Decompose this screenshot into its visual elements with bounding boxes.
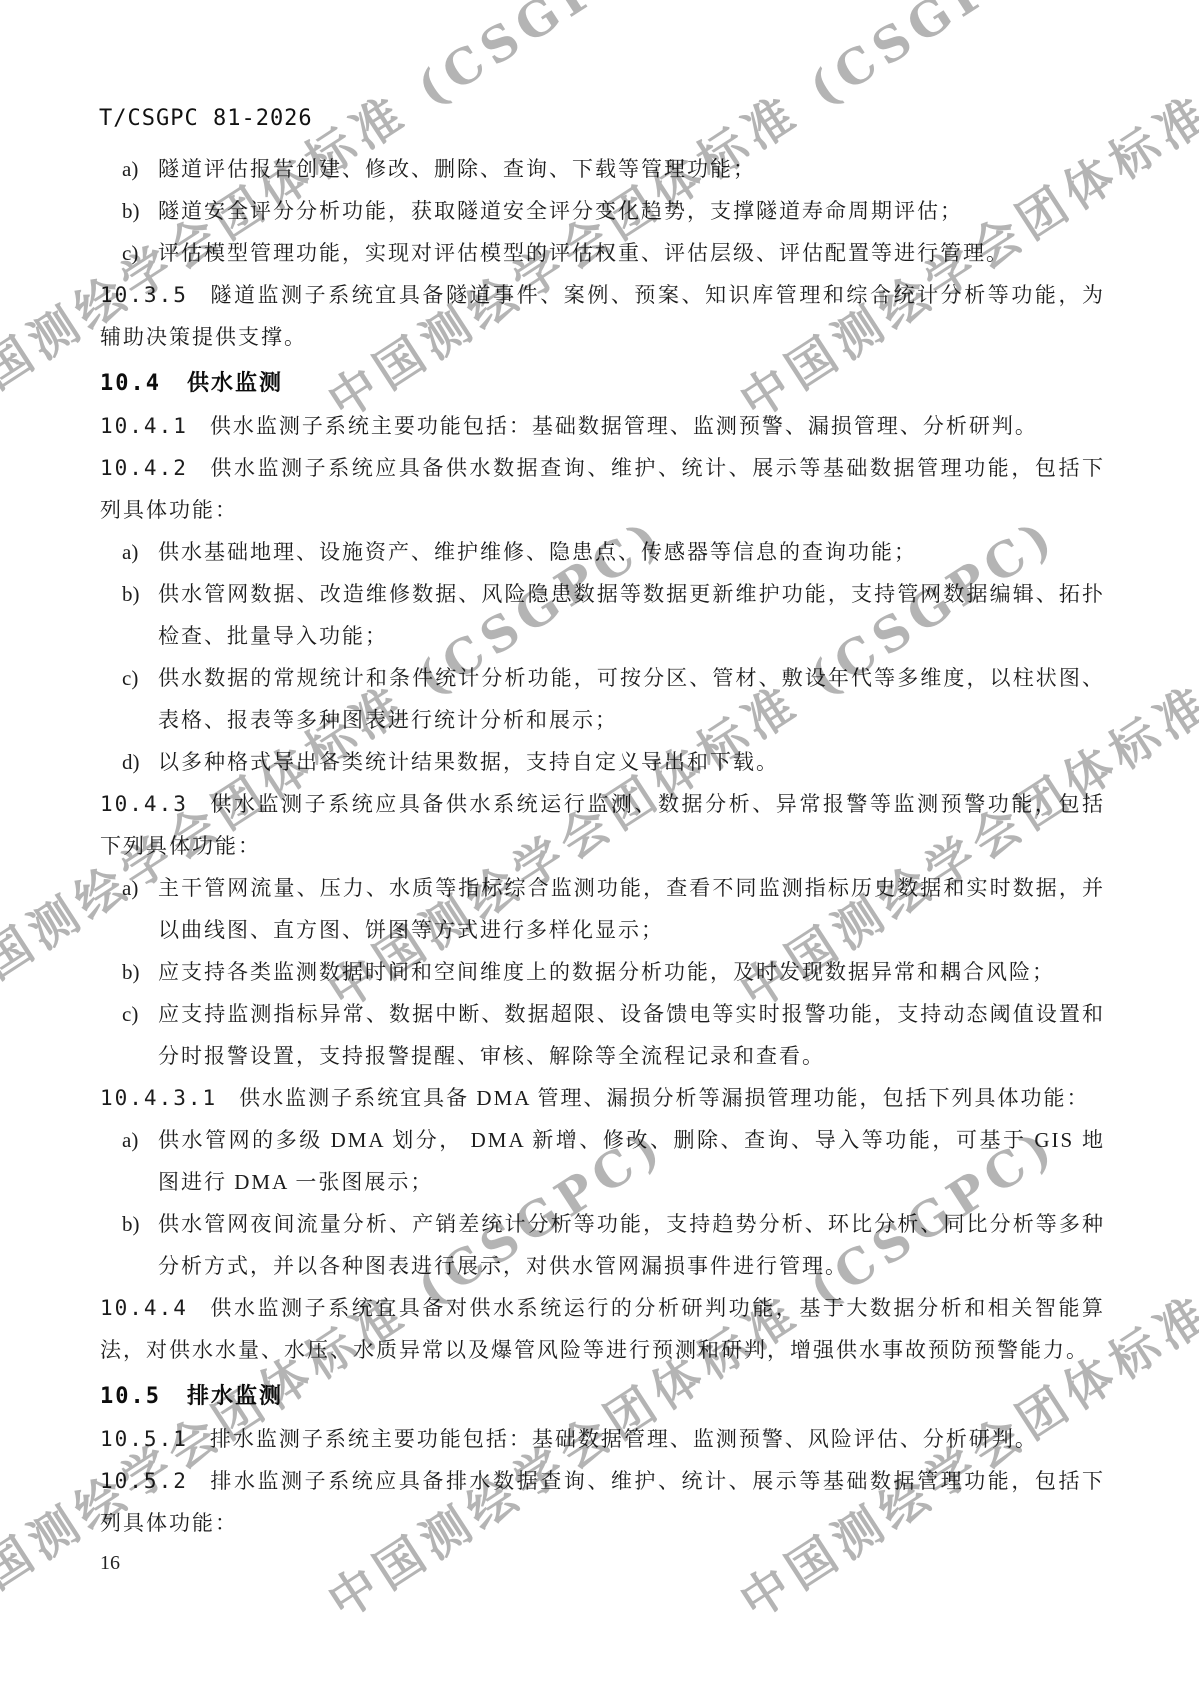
list-item-text: 以多种格式导出各类统计结果数据，支持自定义导出和下载。	[158, 750, 779, 774]
list-item-d-10: d)以多种格式导出各类统计结果数据，支持自定义导出和下载。	[100, 741, 1105, 783]
list-item-a-16: a)供水管网的多级 DMA 划分， DMA 新增、修改、删除、查询、导入等功能，…	[100, 1119, 1105, 1203]
list-item-c-2: c)评估模型管理功能，实现对评估模型的评估权重、评估层级、评估配置等进行管理。	[100, 232, 1105, 274]
list-item-marker: b)	[122, 573, 140, 615]
clause-10.5.1: 10.5.1排水监测子系统主要功能包括：基础数据管理、监测预警、风险评估、分析研…	[100, 1418, 1105, 1460]
list-item-marker: d)	[122, 741, 140, 783]
list-item-text: 供水管网数据、改造维修数据、风险隐患数据等数据更新维护功能，支持管网数据编辑、拓…	[158, 582, 1105, 648]
list-item-a-7: a)供水基础地理、设施资产、维护维修、隐患点、传感器等信息的查询功能；	[100, 531, 1105, 573]
list-item-text: 应支持监测指标异常、数据中断、数据超限、设备馈电等实时报警功能，支持动态阈值设置…	[158, 1002, 1105, 1068]
heading-number: 10.4	[100, 371, 161, 396]
list-item-text: 供水数据的常规统计和条件统计分析功能，可按分区、管材、敷设年代等多维度，以柱状图…	[158, 666, 1105, 732]
document-body: a)隧道评估报告创建、修改、删除、查询、下载等管理功能；b)隧道安全评分分析功能…	[100, 148, 1105, 1544]
list-item-marker: b)	[122, 190, 140, 232]
list-item-text: 评估模型管理功能，实现对评估模型的评估权重、评估层级、评估配置等进行管理。	[158, 241, 1009, 265]
list-item-text: 供水管网夜间流量分析、产销差统计分析等功能，支持趋势分析、环比分析、同比分析等多…	[158, 1212, 1105, 1278]
list-item-marker: a)	[122, 867, 138, 909]
clause-number: 10.4.2	[100, 456, 188, 480]
clause-number: 10.4.4	[100, 1296, 188, 1320]
section-heading-10.5: 10.5排水监测	[100, 1375, 1105, 1418]
clause-10.4.4: 10.4.4供水监测子系统宜具备对供水系统运行的分析研判功能，基于大数据分析和相…	[100, 1287, 1105, 1371]
clause-10.4.3.1: 10.4.3.1供水监测子系统宜具备 DMA 管理、漏损分析等漏损管理功能，包括…	[100, 1077, 1105, 1119]
list-item-a-0: a)隧道评估报告创建、修改、删除、查询、下载等管理功能；	[100, 148, 1105, 190]
clause-10.5.2: 10.5.2排水监测子系统应具备排水数据查询、维护、统计、展示等基础数据管理功能…	[100, 1460, 1105, 1544]
list-item-text: 应支持各类监测数据时间和空间维度上的数据分析功能，及时发现数据异常和耦合风险；	[158, 960, 1055, 984]
heading-number: 10.5	[100, 1384, 161, 1409]
heading-title: 供水监测	[187, 370, 283, 395]
document-page: T/CSGPC 81-2026 a)隧道评估报告创建、修改、删除、查询、下载等管…	[0, 0, 1199, 1696]
clause-10.4.3: 10.4.3供水监测子系统应具备供水系统运行监测、数据分析、异常报警等监测预警功…	[100, 783, 1105, 867]
list-item-c-9: c)供水数据的常规统计和条件统计分析功能，可按分区、管材、敷设年代等多维度，以柱…	[100, 657, 1105, 741]
list-item-marker: a)	[122, 531, 138, 573]
clause-number: 10.5.1	[100, 1427, 188, 1451]
list-item-text: 隧道评估报告创建、修改、删除、查询、下载等管理功能；	[158, 157, 756, 181]
clause-10.4.2: 10.4.2供水监测子系统应具备供水数据查询、维护、统计、展示等基础数据管理功能…	[100, 447, 1105, 531]
list-item-marker: c)	[122, 993, 138, 1035]
standard-code-header: T/CSGPC 81-2026	[99, 106, 313, 131]
list-item-b-1: b)隧道安全评分分析功能，获取隧道安全评分变化趋势，支撑隧道寿命周期评估；	[100, 190, 1105, 232]
list-item-c-14: c)应支持监测指标异常、数据中断、数据超限、设备馈电等实时报警功能，支持动态阈值…	[100, 993, 1105, 1077]
list-item-b-17: b)供水管网夜间流量分析、产销差统计分析等功能，支持趋势分析、环比分析、同比分析…	[100, 1203, 1105, 1287]
clause-10.4.1: 10.4.1供水监测子系统主要功能包括：基础数据管理、监测预警、漏损管理、分析研…	[100, 405, 1105, 447]
list-item-marker: b)	[122, 1203, 140, 1245]
clause-10.3.5: 10.3.5隧道监测子系统宜具备隧道事件、案例、预案、知识库管理和综合统计分析等…	[100, 274, 1105, 358]
list-item-text: 供水管网的多级 DMA 划分， DMA 新增、修改、删除、查询、导入等功能，可基…	[158, 1128, 1105, 1194]
list-item-marker: c)	[122, 232, 138, 274]
clause-number: 10.5.2	[100, 1469, 188, 1493]
section-heading-10.4: 10.4供水监测	[100, 362, 1105, 405]
list-item-text: 供水基础地理、设施资产、维护维修、隐患点、传感器等信息的查询功能；	[158, 540, 917, 564]
list-item-marker: c)	[122, 657, 138, 699]
list-item-marker: a)	[122, 1119, 138, 1161]
list-item-a-12: a)主干管网流量、压力、水质等指标综合监测功能，查看不同监测指标历史数据和实时数…	[100, 867, 1105, 951]
list-item-b-13: b)应支持各类监测数据时间和空间维度上的数据分析功能，及时发现数据异常和耦合风险…	[100, 951, 1105, 993]
clause-number: 10.3.5	[100, 283, 188, 307]
list-item-text: 主干管网流量、压力、水质等指标综合监测功能，查看不同监测指标历史数据和实时数据，…	[158, 876, 1105, 942]
list-item-marker: a)	[122, 148, 138, 190]
page-number: 16	[100, 1550, 120, 1576]
list-item-b-8: b)供水管网数据、改造维修数据、风险隐患数据等数据更新维护功能，支持管网数据编辑…	[100, 573, 1105, 657]
list-item-marker: b)	[122, 951, 140, 993]
clause-number: 10.4.3	[100, 792, 188, 816]
list-item-text: 隧道安全评分分析功能，获取隧道安全评分变化趋势，支撑隧道寿命周期评估；	[158, 199, 963, 223]
heading-title: 排水监测	[187, 1383, 283, 1408]
clause-number: 10.4.1	[100, 414, 188, 438]
clause-number: 10.4.3.1	[100, 1086, 217, 1110]
